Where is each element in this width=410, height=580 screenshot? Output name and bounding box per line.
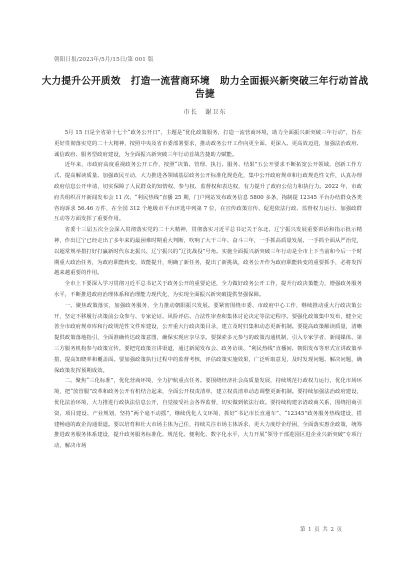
page-number: 第 1 页 共 2 页 [300, 525, 343, 533]
title-part-1: 大力提升公开质效 [42, 76, 121, 87]
paragraph: 近年来，市政府高度重视政务公开工作，按照“决策、管理、执行、服务、结果”五公开要… [54, 160, 362, 225]
document-page: 朝阳日报/2023年/5月/15日/第 001 版 大力提升公开质效打造一流营商… [0, 0, 410, 580]
title-part-3: 助力全面振兴新突破三年行动首战告捷 [195, 76, 368, 100]
source-line: 朝阳日报/2023年/5月/15日/第 001 版 [54, 55, 154, 63]
paragraph: 5月 15 日是全省第十七个“政务公开日”，主题是“优化政策服务，打造一流营商环… [54, 128, 362, 160]
article-title: 大力提升公开质效打造一流营商环境助力全面振兴新突破三年行动首战告捷 [40, 75, 370, 101]
paragraph: 二、聚焦“三化标准”，优化营商环境，全力护航重点任务。要围绕经济社会高质量发展，… [54, 376, 362, 452]
paragraph: 省委十三届五次全会深入贯彻落实党的二十大精神，贯彻落实习近平总书记关于东北、辽宁… [54, 225, 362, 279]
title-part-2: 打造一流营商环境 [131, 76, 210, 87]
author-byline: 市长 谢卫东 [40, 107, 370, 116]
paragraph: 全市上下要深入学习贯彻习近平总书记关于政务公开的重要论述，全力做好政务公开工作，… [54, 279, 362, 301]
article-body: 5月 15 日是全省第十七个“政务公开日”，主题是“优化政策服务，打造一流营商环… [54, 128, 362, 452]
paragraph: 一、聚焦政策落实，加强政务服务，全力推动朝阳振兴发展。要紧密围绕市委、市政府中心… [54, 301, 362, 377]
